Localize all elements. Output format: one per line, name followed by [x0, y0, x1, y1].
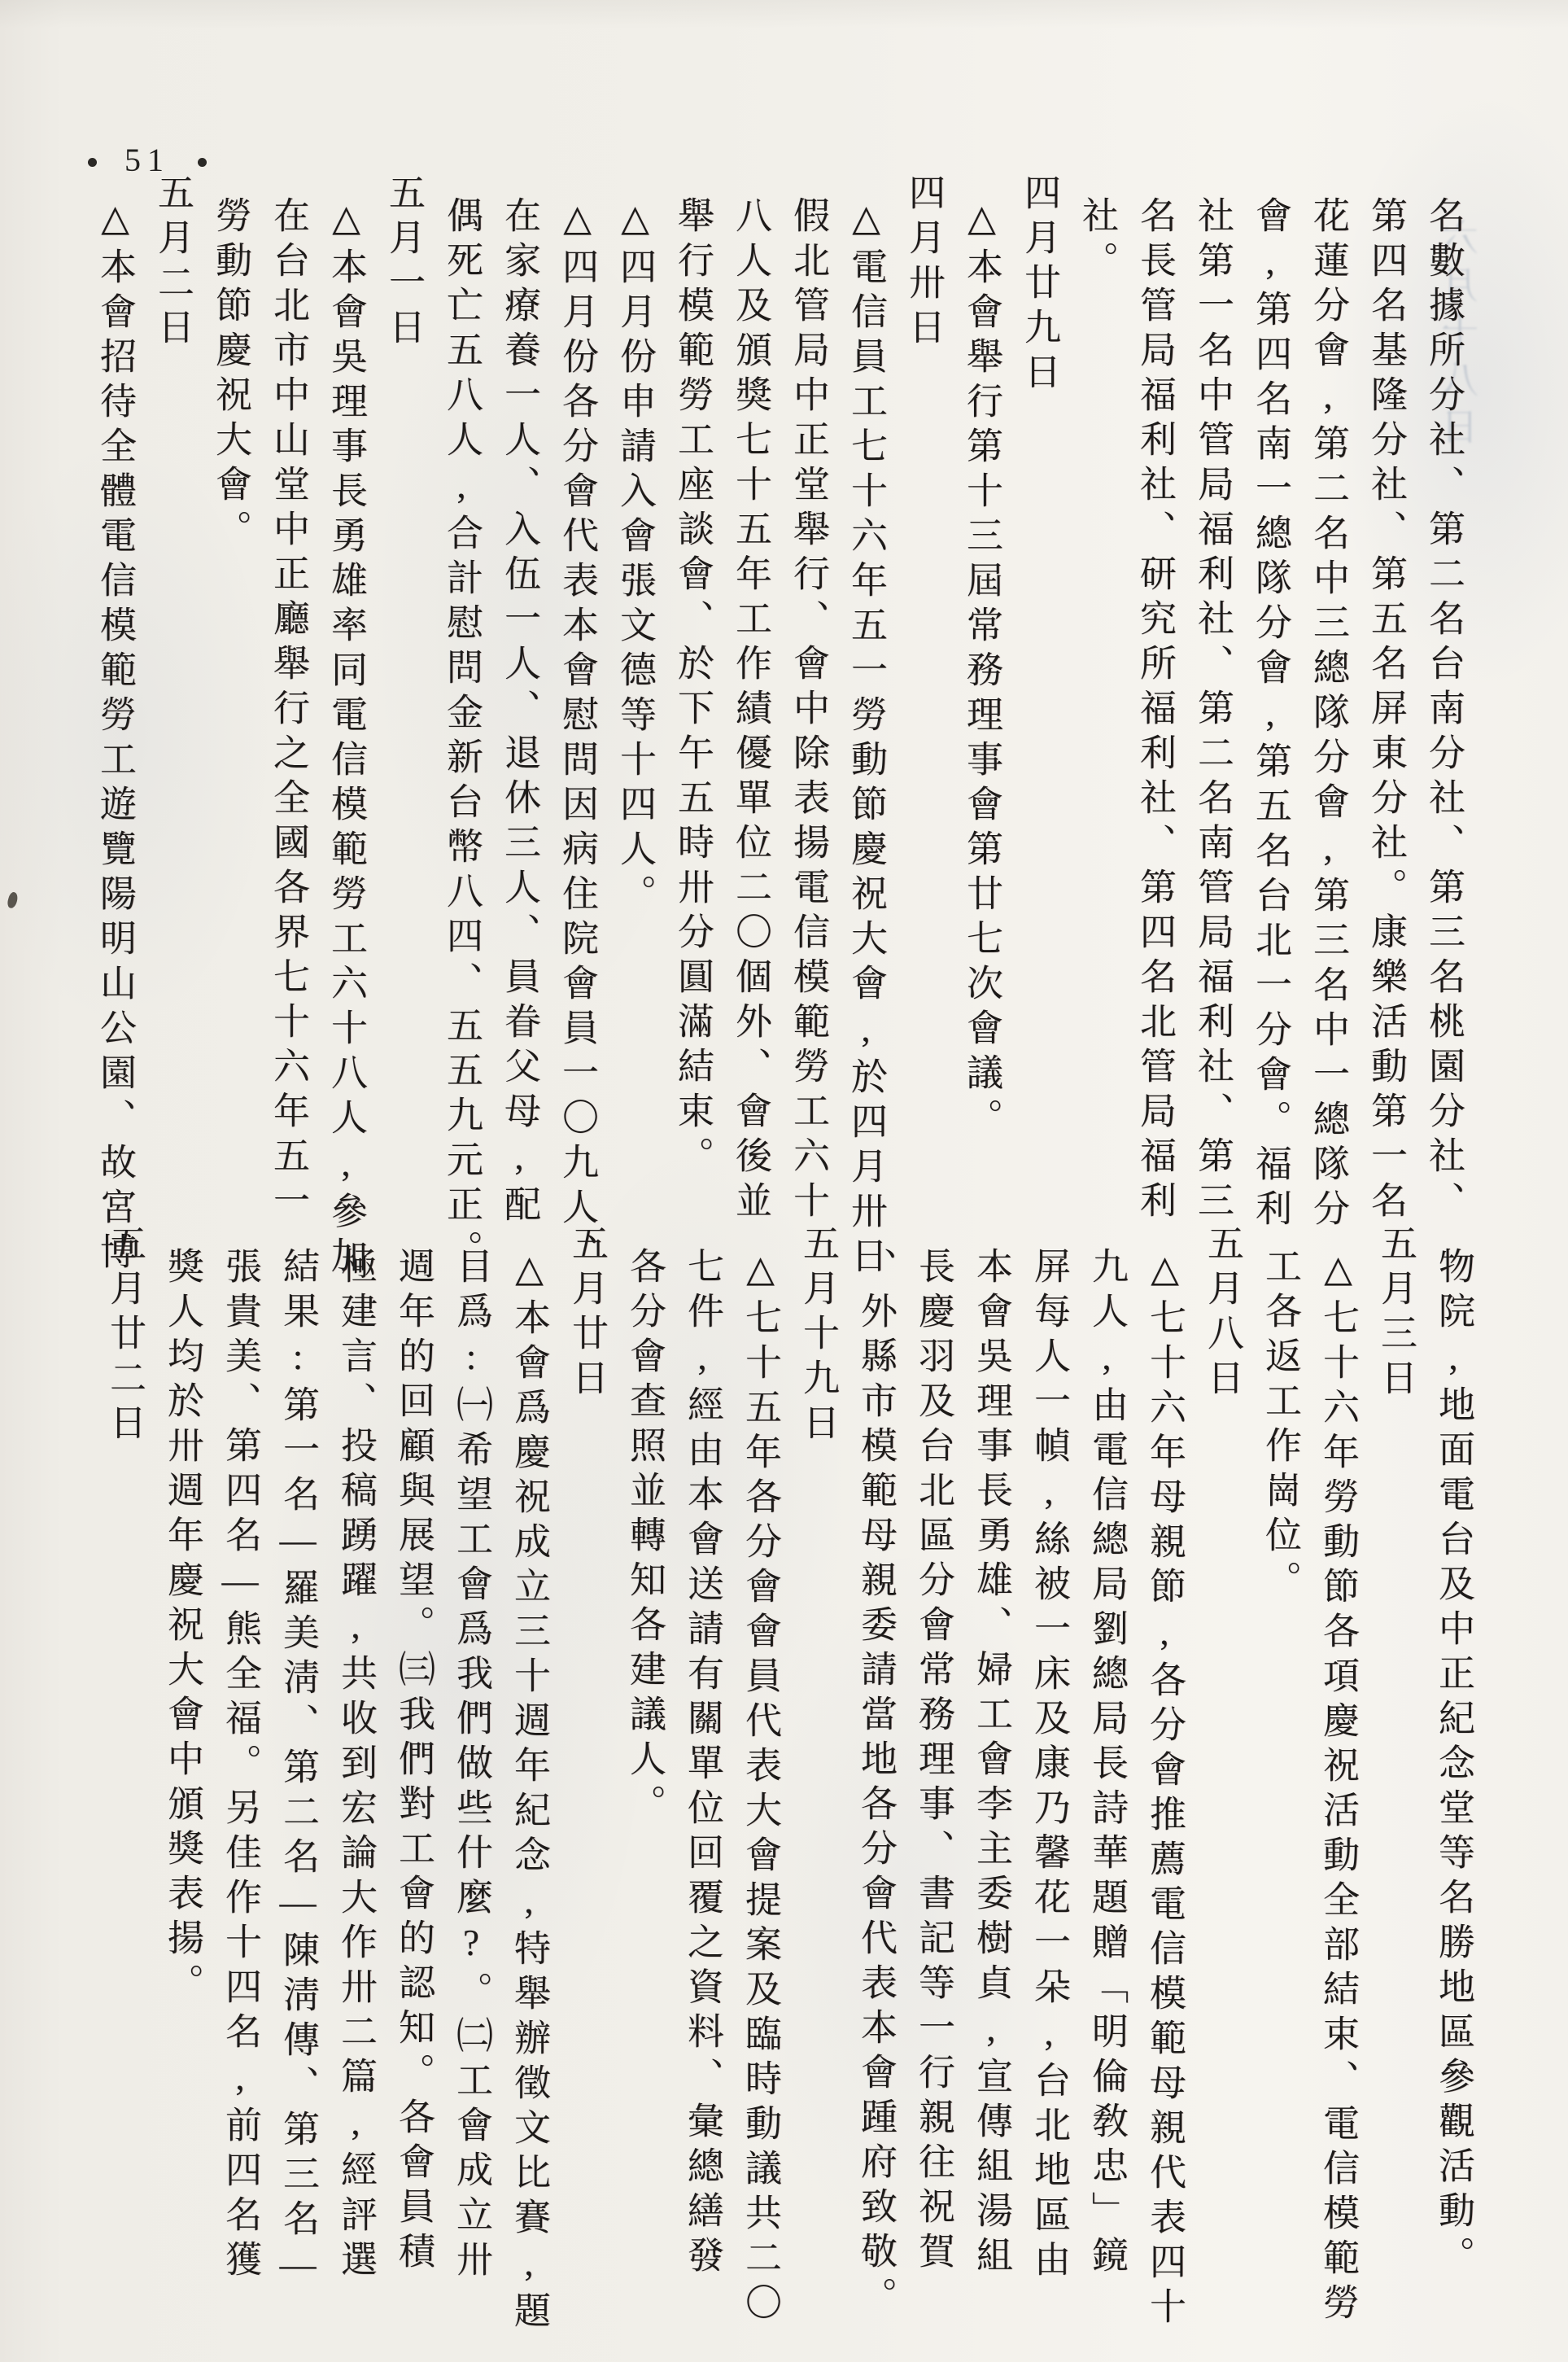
text-column: 社。 [1076, 196, 1118, 286]
text-column: △七十五年各分會會員代表大會提案及臨時動議共二〇 [739, 1247, 781, 2328]
scan-artifact-speck [6, 891, 19, 909]
text-column: △四月份申請入會張文德等十四人。 [614, 196, 656, 919]
text-column: 在家療養一人、入伍一人、退休三人、員眷父母,配 [498, 196, 540, 1230]
text-column: 物院,地面電台及中正紀念堂等名勝地區參觀活動。 [1432, 1247, 1474, 2281]
text-column: △四月份各分會代表本會慰問因病住院會員一〇九人、 [556, 196, 598, 1277]
text-column: 勞動節慶祝大會。 [209, 196, 251, 554]
date-column: 五月一日 [382, 173, 425, 352]
text-column: 結果:第一名—羅美淸、第二名—陳淸傳、第三名— [277, 1247, 319, 2293]
text-column: 在台北市中山堂中正廳舉行之全國各界七十六年五一 [267, 196, 309, 1226]
text-column: 假北管局中正堂舉行、會中除表揚電信模範勞工六十 [787, 196, 829, 1226]
text-column: 七件,經由本會送請有關單位回覆之資料、彙總繕發 [681, 1247, 723, 2281]
text-column: 週年的回顧與展望。㈢我們對工會的認知。各會員積 [392, 1247, 435, 2277]
text-column: △七十六年勞動節各項慶祝活動全部結束、電信模範勞 [1317, 1247, 1359, 2328]
page-number-right-dot [198, 158, 207, 167]
date-column: 五月八日 [1201, 1224, 1243, 1403]
text-column: 名數據所分社、第二名台南分社、第三名桃園分社、 [1422, 196, 1465, 1226]
page-number: 51 [88, 145, 207, 179]
date-column: 五月三日 [1374, 1224, 1417, 1403]
text-column: 八人及頒獎七十五年工作績優單位二〇個外、會後並 [729, 196, 771, 1226]
chronicle-top-band: 名數據所分社、第二名台南分社、第三名桃園分社、第四名基隆分社、第五名屏東分社。康… [33, 173, 1465, 1223]
page-number-value: 51 [124, 144, 170, 177]
page-number-left-dot [88, 158, 97, 167]
text-column: △本會舉行第十三屆常務理事會第廿七次會議。 [960, 196, 1002, 1143]
date-column: 五月二日 [151, 173, 194, 352]
text-column: 獎人均於卅週年慶祝大會中頒獎表揚。 [161, 1247, 203, 2008]
text-column: 本會吳理事長勇雄、婦工會李主委樹貞,宣傳組湯組 [970, 1247, 1012, 2281]
text-column: △本會招待全體電信模範勞工遊覽陽明山公園、故宮博 [94, 196, 136, 1277]
text-column: △七十六年母親節,各分會推薦電信模範母親代表四十 [1143, 1247, 1186, 2332]
text-column: 第四名基隆分社、第五名屏東分社。康樂活動第一名 [1365, 196, 1407, 1226]
scanned-document-page: 51 六月十八日 名數據所分社、第二名台南分社、第三名桃園分社、第四名基隆分社、… [0, 0, 1568, 2362]
text-column: 工各返工作崗位。 [1259, 1247, 1301, 1605]
text-column: △本會吳理事長勇雄率同電信模範勞工六十八人,參加 [325, 196, 367, 1281]
text-column: 極建言、投稿踴躍,共收到宏論大作卅二篇,經評選 [334, 1247, 377, 2285]
date-column: 四月廿九日 [1018, 173, 1060, 397]
date-column: 五月廿二日 [103, 1224, 146, 1448]
text-column: 九人,由電信總局劉總局長詩華題贈「明倫敎忠」鏡 [1085, 1247, 1128, 2281]
chronicle-bottom-band: 物院,地面電台及中正紀念堂等名勝地區參觀活動。五月三日△七十六年勞動節各項慶祝活… [33, 1224, 1474, 2362]
text-column: 偶死亡五八人,合計慰問金新台幣八四、五五九元正。 [440, 196, 483, 1275]
text-column: 花蓮分會,第二名中三總隊分會,第三名中一總隊分 [1307, 196, 1349, 1234]
text-column: △本會爲慶祝成立三十週年紀念,特舉辦徵文比賽,題 [508, 1247, 550, 2336]
text-column: 舉行模範勞工座談會、於下午五時卅分圓滿結束。 [671, 196, 714, 1181]
text-column: 名長管局福利社、研究所福利社、第四名北管局福利 [1133, 196, 1176, 1226]
text-column: 屏每人一幀,絲被一床及康乃馨花一朵,台北地區由 [1028, 1247, 1070, 2285]
text-column: 各分會查照並轉知各建議人。 [623, 1247, 666, 1829]
text-column: △電信員工七十六年五一勞動節慶祝大會,於四月卅日 [845, 196, 887, 1281]
text-column: 會,第四名南一總隊分會,第五名台北一分會。福利 [1249, 196, 1291, 1234]
date-column: 四月卅日 [902, 173, 945, 352]
text-column: 目爲:㈠希望工會爲我們做些什麼?。㈡工會成立卅 [450, 1247, 492, 2285]
text-column: 、外縣市模範母親委請當地各分會代表本會踵府致敬。 [854, 1247, 897, 2321]
date-column: 五月廿日 [566, 1224, 608, 1403]
date-column: 五月十九日 [797, 1224, 839, 1448]
text-column: 長慶羽及台北區分會常務理事、書記等一行親往祝賀 [912, 1247, 954, 2277]
text-column: 社第一名中管局福利社、第二名南管局福利社、第三 [1191, 196, 1234, 1226]
text-column: 張貴美、第四名—熊全福。另佳作十四名,前四名獲 [219, 1247, 261, 2285]
